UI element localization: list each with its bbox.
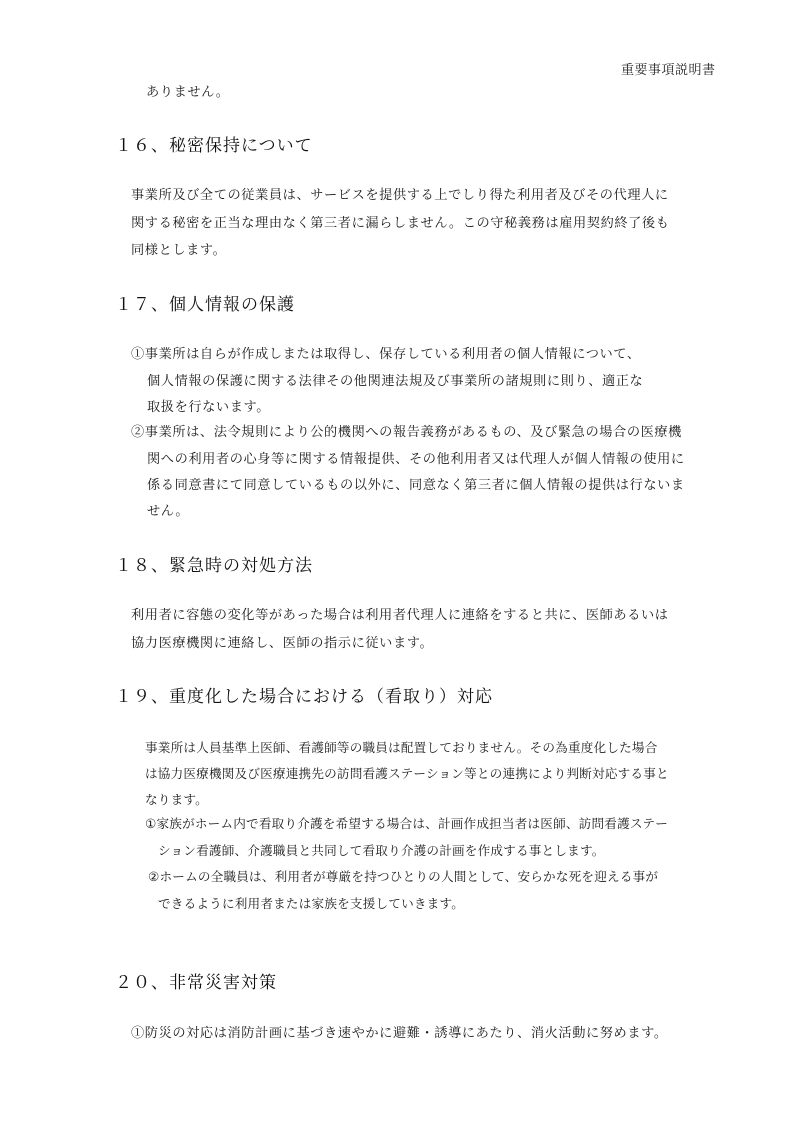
list-item-line: ション看護師、介護職員と共同して看取り介護の計画を作成する事とします。 (158, 840, 605, 859)
paragraph-line: 利用者に容態の変化等があった場合は利用者代理人に連絡をすると共に、医師あるいは (131, 604, 669, 623)
paragraph-line: 事業所及び全ての従業員は、サービスを提供する上でしり得た利用者及びその代理人に (131, 184, 669, 203)
section-heading: １７、個人情報の保護 (115, 290, 295, 315)
paragraph-line: 同様とします。 (131, 239, 226, 258)
list-item-line: できるように利用者または家族を支援していきます。 (158, 893, 464, 912)
list-item-line: ①事業所は自らが作成しまたは取得し、保存している利用者の個人情報について、 (131, 343, 641, 362)
list-item-line: ①家族がホーム内で看取り介護を希望する場合は、計画作成担当者は医師、訪問看護ステ… (145, 813, 668, 832)
paragraph-line: 協力医療機関に連絡し、医師の指示に従います。 (131, 632, 433, 651)
list-item-line: せん。 (147, 500, 189, 519)
list-item-line: 関への利用者の心身等に関する情報提供、その他利用者又は代理人が個人情報の使用に (147, 448, 685, 467)
paragraph-line: は協力医療機関及び医療連携先の訪問看護ステーション等との連携により判断対応する事… (145, 763, 669, 782)
list-item-line: 個人情報の保護に関する法律その他関連法規及び事業所の諸規則に則り、適正な (147, 370, 643, 389)
section-heading: １９、重度化した場合における（看取り）対応 (115, 682, 493, 707)
list-item-line: ②ホームの全職員は、利用者が尊厳を持つひとりの人間として、安らかな死を迎える事が (148, 866, 658, 885)
continuation-text: ありません。 (146, 81, 230, 100)
section-heading: １８、緊急時の対処方法 (115, 551, 313, 576)
section-heading: １６、秘密保持について (115, 131, 313, 156)
list-item-line: ②事業所は、法令規則により公的機関への報告義務があるもの、及び緊急の場合の医療機 (131, 421, 682, 440)
list-item-line: ①防災の対応は消防計画に基づき速やかに避難・誘導にあたり、消火活動に努めます。 (131, 1022, 668, 1041)
document-header-title: 重要事項説明書 (621, 59, 716, 78)
paragraph-line: 関する秘密を正当な理由なく第三者に漏らしません。この守秘義務は雇用契約終了後も (131, 212, 670, 231)
section-heading: ２０、非常災害対策 (115, 968, 277, 993)
list-item-line: 取扱を行ないます。 (147, 396, 270, 415)
paragraph-line: なります。 (145, 789, 208, 808)
list-item-line: 係る同意書にて同意しているもの以外に、同意なく第三者に個人情報の提供は行ないま (147, 474, 685, 493)
paragraph-line: 事業所は人員基準上医師、看護師等の職員は配置しておりません。その為重度化した場合 (145, 737, 658, 756)
